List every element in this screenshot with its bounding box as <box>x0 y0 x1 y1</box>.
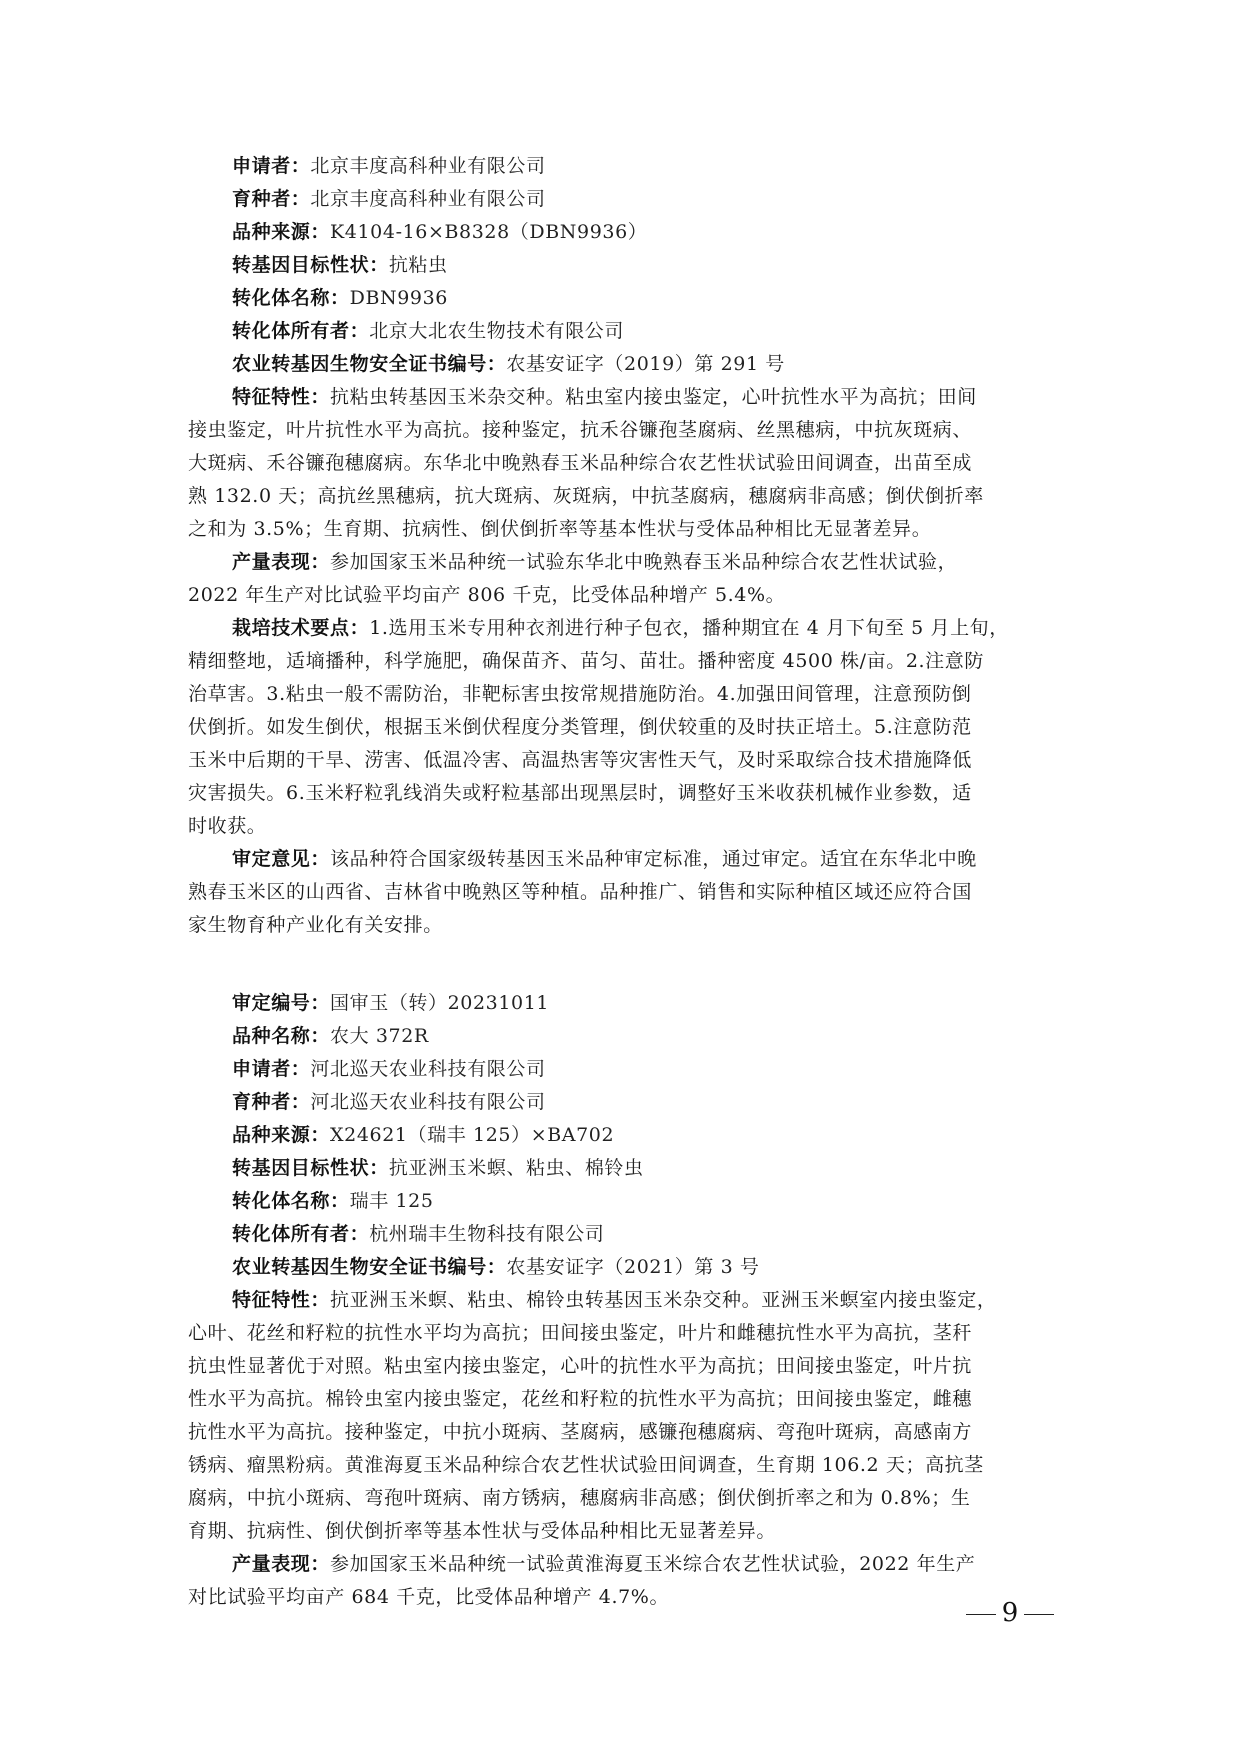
target-trait-field: 转基因目标性状：抗亚洲玉米螟、粘虫、棉铃虫 <box>188 1152 1054 1185</box>
characteristics-paragraph: 特征特性：抗亚洲玉米螟、粘虫、棉铃虫转基因玉米杂交种。亚洲玉米螟室内接虫鉴定， … <box>188 1284 1054 1548</box>
event-owner-field: 转化体所有者：杭州瑞丰生物科技有限公司 <box>188 1218 1054 1251</box>
event-name-field: 转化体名称：DBN9936 <box>188 282 1054 315</box>
yield-paragraph: 产量表现：参加国家玉米品种统一试验东华北中晚熟春玉米品种综合农艺性状试验， 20… <box>188 546 1054 612</box>
breeder-field: 育种者：河北巡天农业科技有限公司 <box>188 1086 1054 1119</box>
breeder-field: 育种者：北京丰度高科种业有限公司 <box>188 183 1054 216</box>
approval-number-field: 审定编号：国审玉（转）20231011 <box>188 987 1054 1020</box>
source-field: 品种来源：X24621（瑞丰 125）×BA702 <box>188 1119 1054 1152</box>
variety-entry-1: 申请者：北京丰度高科种业有限公司 育种者：北京丰度高科种业有限公司 品种来源：K… <box>188 150 1054 942</box>
event-owner-field: 转化体所有者：北京大北农生物技术有限公司 <box>188 315 1054 348</box>
dash-left <box>966 1614 996 1615</box>
dash-right <box>1024 1614 1054 1615</box>
target-trait-field: 转基因目标性状：抗粘虫 <box>188 249 1054 282</box>
cultivation-paragraph: 栽培技术要点：1.选用玉米专用种衣剂进行种子包衣，播种期宜在 4 月下旬至 5 … <box>188 612 1054 843</box>
applicant-field: 申请者：北京丰度高科种业有限公司 <box>188 150 1054 183</box>
variety-entry-2: 审定编号：国审玉（转）20231011 品种名称：农大 372R 申请者：河北巡… <box>188 987 1054 1614</box>
entry-separator <box>188 942 1054 987</box>
page-number: 9 <box>1002 1598 1019 1628</box>
page-number-footer: 9 <box>950 1598 1070 1628</box>
event-name-field: 转化体名称：瑞丰 125 <box>188 1185 1054 1218</box>
biosafety-cert-field: 农业转基因生物安全证书编号：农基安证字（2019）第 291 号 <box>188 348 1054 381</box>
applicant-field: 申请者：河北巡天农业科技有限公司 <box>188 1053 1054 1086</box>
source-field: 品种来源：K4104-16×B8328（DBN9936） <box>188 216 1054 249</box>
characteristics-paragraph: 特征特性：抗粘虫转基因玉米杂交种。粘虫室内接虫鉴定，心叶抗性水平为高抗；田间 接… <box>188 381 1054 546</box>
document-page: 申请者：北京丰度高科种业有限公司 育种者：北京丰度高科种业有限公司 品种来源：K… <box>188 150 1054 1614</box>
yield-paragraph: 产量表现：参加国家玉米品种统一试验黄淮海夏玉米综合农艺性状试验，2022 年生产… <box>188 1548 1054 1614</box>
biosafety-cert-field: 农业转基因生物安全证书编号：农基安证字（2021）第 3 号 <box>188 1251 1054 1284</box>
opinion-paragraph: 审定意见：该品种符合国家级转基因玉米品种审定标准，通过审定。适宜在东华北中晚 熟… <box>188 843 1054 942</box>
variety-name-field: 品种名称：农大 372R <box>188 1020 1054 1053</box>
